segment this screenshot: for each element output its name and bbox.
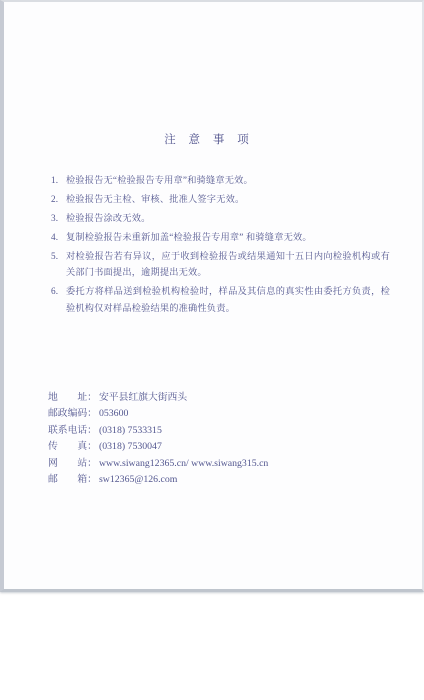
- page-title: 注 意 事 项: [4, 131, 414, 147]
- notice-number: 3.: [51, 210, 66, 226]
- notice-item: 5. 对检验报告若有异议，应于收到检验报告或结果通知十五日内向检验机构或有关部门…: [51, 248, 390, 281]
- contact-row: 联系电话： (0318) 7533315: [48, 423, 382, 439]
- notice-text: 检验报告无主检、审核、批准人签字无效。: [66, 191, 390, 207]
- notice-number: 5.: [51, 248, 66, 281]
- contact-value: sw12365@126.com: [99, 472, 177, 488]
- contact-label: 邮政编码：: [48, 406, 97, 422]
- contact-row: 传 真： (0318) 7530047: [48, 439, 382, 455]
- notice-item: 6. 委托方将样品送到检验机构检验时，样品及其信息的真实性由委托方负责，检验机构…: [51, 283, 390, 316]
- contact-row: 网 站： www.siwang12365.cn/ www.siwang315.c…: [48, 456, 382, 472]
- contact-value: 安平县红旗大街西头: [99, 390, 187, 406]
- notice-text: 复制检验报告未重新加盖“检验报告专用章” 和骑缝章无效。: [66, 229, 390, 245]
- notice-number: 1.: [51, 172, 66, 188]
- scan-page-sheet: 注 意 事 项 1. 检验报告无“检验报告专用章”和骑缝章无效。 2. 检验报告…: [0, 0, 424, 592]
- contact-label: 邮 箱：: [48, 472, 97, 488]
- notice-text: 委托方将样品送到检验机构检验时，样品及其信息的真实性由委托方负责，检验机构仅对样…: [66, 283, 390, 316]
- notice-number: 4.: [51, 229, 66, 245]
- notice-item: 4. 复制检验报告未重新加盖“检验报告专用章” 和骑缝章无效。: [51, 229, 390, 245]
- notice-item: 3. 检验报告涂改无效。: [51, 210, 390, 226]
- contact-label: 网 站：: [48, 456, 97, 472]
- notice-text: 检验报告涂改无效。: [66, 210, 390, 226]
- contact-value: 053600: [99, 406, 128, 422]
- contact-row: 地 址： 安平县红旗大街西头: [48, 390, 382, 406]
- notices-list: 1. 检验报告无“检验报告专用章”和骑缝章无效。 2. 检验报告无主检、审核、批…: [51, 172, 390, 319]
- notice-text: 检验报告无“检验报告专用章”和骑缝章无效。: [66, 172, 390, 188]
- notice-number: 2.: [51, 191, 66, 207]
- notice-text: 对检验报告若有异议，应于收到检验报告或结果通知十五日内向检验机构或有关部门书面提…: [66, 248, 390, 281]
- notice-item: 2. 检验报告无主检、审核、批准人签字无效。: [51, 191, 390, 207]
- contact-label: 联系电话：: [48, 423, 97, 439]
- contact-value: www.siwang12365.cn/ www.siwang315.cn: [99, 456, 268, 472]
- scanned-document-viewport: 注 意 事 项 1. 检验报告无“检验报告专用章”和骑缝章无效。 2. 检验报告…: [0, 0, 424, 700]
- contact-label: 地 址：: [48, 390, 97, 406]
- notice-item: 1. 检验报告无“检验报告专用章”和骑缝章无效。: [51, 172, 390, 188]
- contact-label: 传 真：: [48, 439, 97, 455]
- contact-block: 地 址： 安平县红旗大街西头 邮政编码： 053600 联系电话： (0318)…: [48, 390, 382, 488]
- notice-number: 6.: [51, 283, 66, 316]
- contact-value: (0318) 7530047: [99, 439, 162, 455]
- contact-row: 邮 箱： sw12365@126.com: [48, 472, 382, 488]
- contact-row: 邮政编码： 053600: [48, 406, 382, 422]
- contact-value: (0318) 7533315: [99, 423, 162, 439]
